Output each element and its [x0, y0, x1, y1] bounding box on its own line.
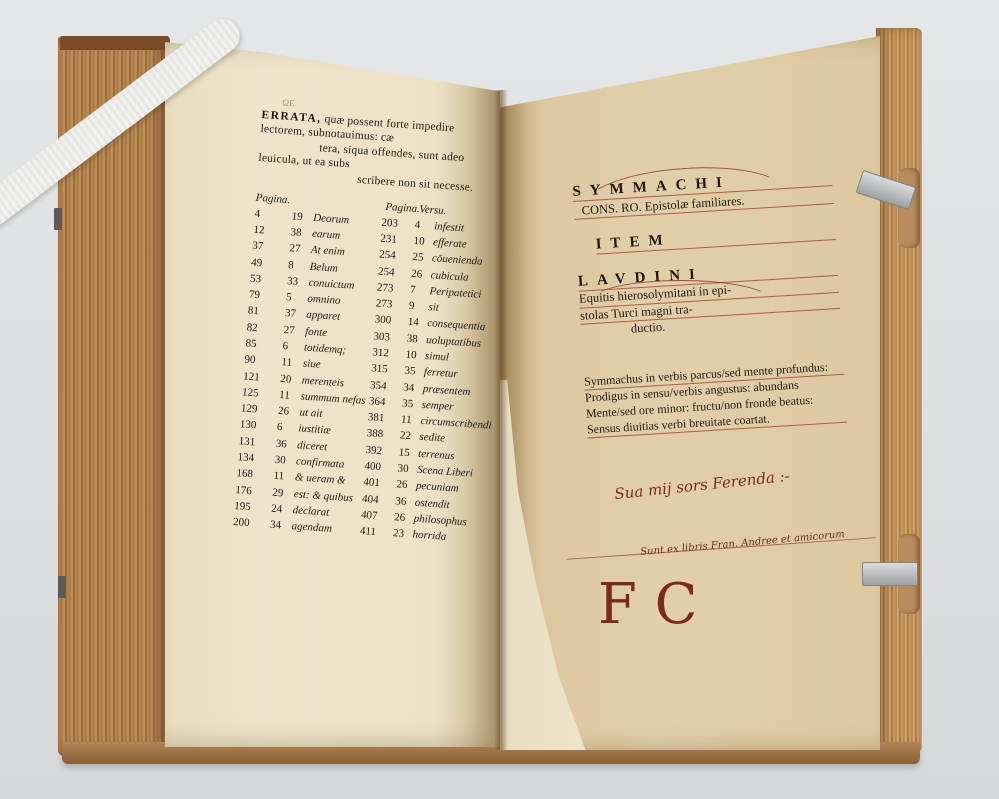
errata-heading: ERRATA, quæ possent forte impedire lecto… [257, 108, 491, 196]
errata-versu: 26 [396, 479, 417, 497]
errata-versu: 11 [278, 389, 301, 407]
errata-versu: 19 [291, 210, 314, 228]
errata-versu: 4 [414, 219, 435, 237]
errata-pagina: 411 [359, 525, 393, 544]
errata-versu: 22 [399, 430, 420, 448]
book-right-page-edges [876, 28, 922, 752]
book-left-cover-top [60, 36, 170, 50]
errata-versu: 10 [405, 349, 426, 367]
errata-table: 4123749537981828590121125129130131134168… [232, 207, 484, 548]
errata-versu: 5 [285, 291, 308, 309]
errata-versu: 34 [269, 519, 292, 537]
errata-versu: 26 [277, 405, 300, 423]
errata-versu: 25 [412, 251, 433, 269]
errata-versu: 33 [286, 275, 309, 293]
errata-versu: 36 [275, 438, 298, 456]
metal-clasp-lower [862, 562, 918, 586]
errata-list: ΩE ERRATA, quæ possent forte impedire le… [232, 108, 491, 549]
errata-versu: 27 [283, 324, 306, 342]
errata-versu: 10 [413, 235, 434, 253]
errata-versu: 30 [274, 454, 297, 472]
errata-versu: 9 [408, 300, 429, 318]
errata-versu: 11 [281, 356, 304, 374]
errata-versu: 7 [409, 284, 430, 302]
clasp-pin-lower [58, 576, 66, 598]
errata-versu: 37 [284, 308, 307, 326]
errata-versu: 24 [271, 503, 294, 521]
errata-versu: 35 [401, 397, 422, 415]
errata-versu: 38 [290, 226, 313, 244]
errata-versu: 11 [400, 414, 421, 432]
errata-versu: 38 [406, 332, 427, 350]
errata-versu: 36 [395, 495, 416, 513]
errata-versu: 34 [403, 381, 424, 399]
manuscript-monogram: F C [598, 572, 698, 637]
red-ink-flourish-mid [590, 280, 772, 322]
errata-versu: 6 [282, 340, 305, 358]
errata-versu: 23 [392, 527, 413, 545]
errata-versu: 6 [276, 421, 299, 439]
errata-versu: 29 [272, 486, 295, 504]
errata-versu: 26 [411, 267, 432, 285]
errata-word: horrida [412, 529, 463, 549]
errata-versu: 27 [289, 242, 312, 260]
page-mark: ΩE [282, 97, 295, 109]
errata-versu: 8 [288, 259, 311, 277]
errata-versu: 14 [407, 316, 428, 334]
clasp-pin-upper [54, 208, 62, 230]
errata-versu: 30 [397, 462, 418, 480]
errata-versu: 20 [280, 373, 303, 391]
errata-versu: 11 [273, 470, 296, 488]
errata-pagina: 200 [232, 516, 270, 535]
errata-versu: 26 [393, 511, 414, 529]
errata-versu: 35 [404, 365, 425, 383]
book-gutter [494, 90, 508, 750]
errata-versu: 15 [398, 446, 419, 464]
